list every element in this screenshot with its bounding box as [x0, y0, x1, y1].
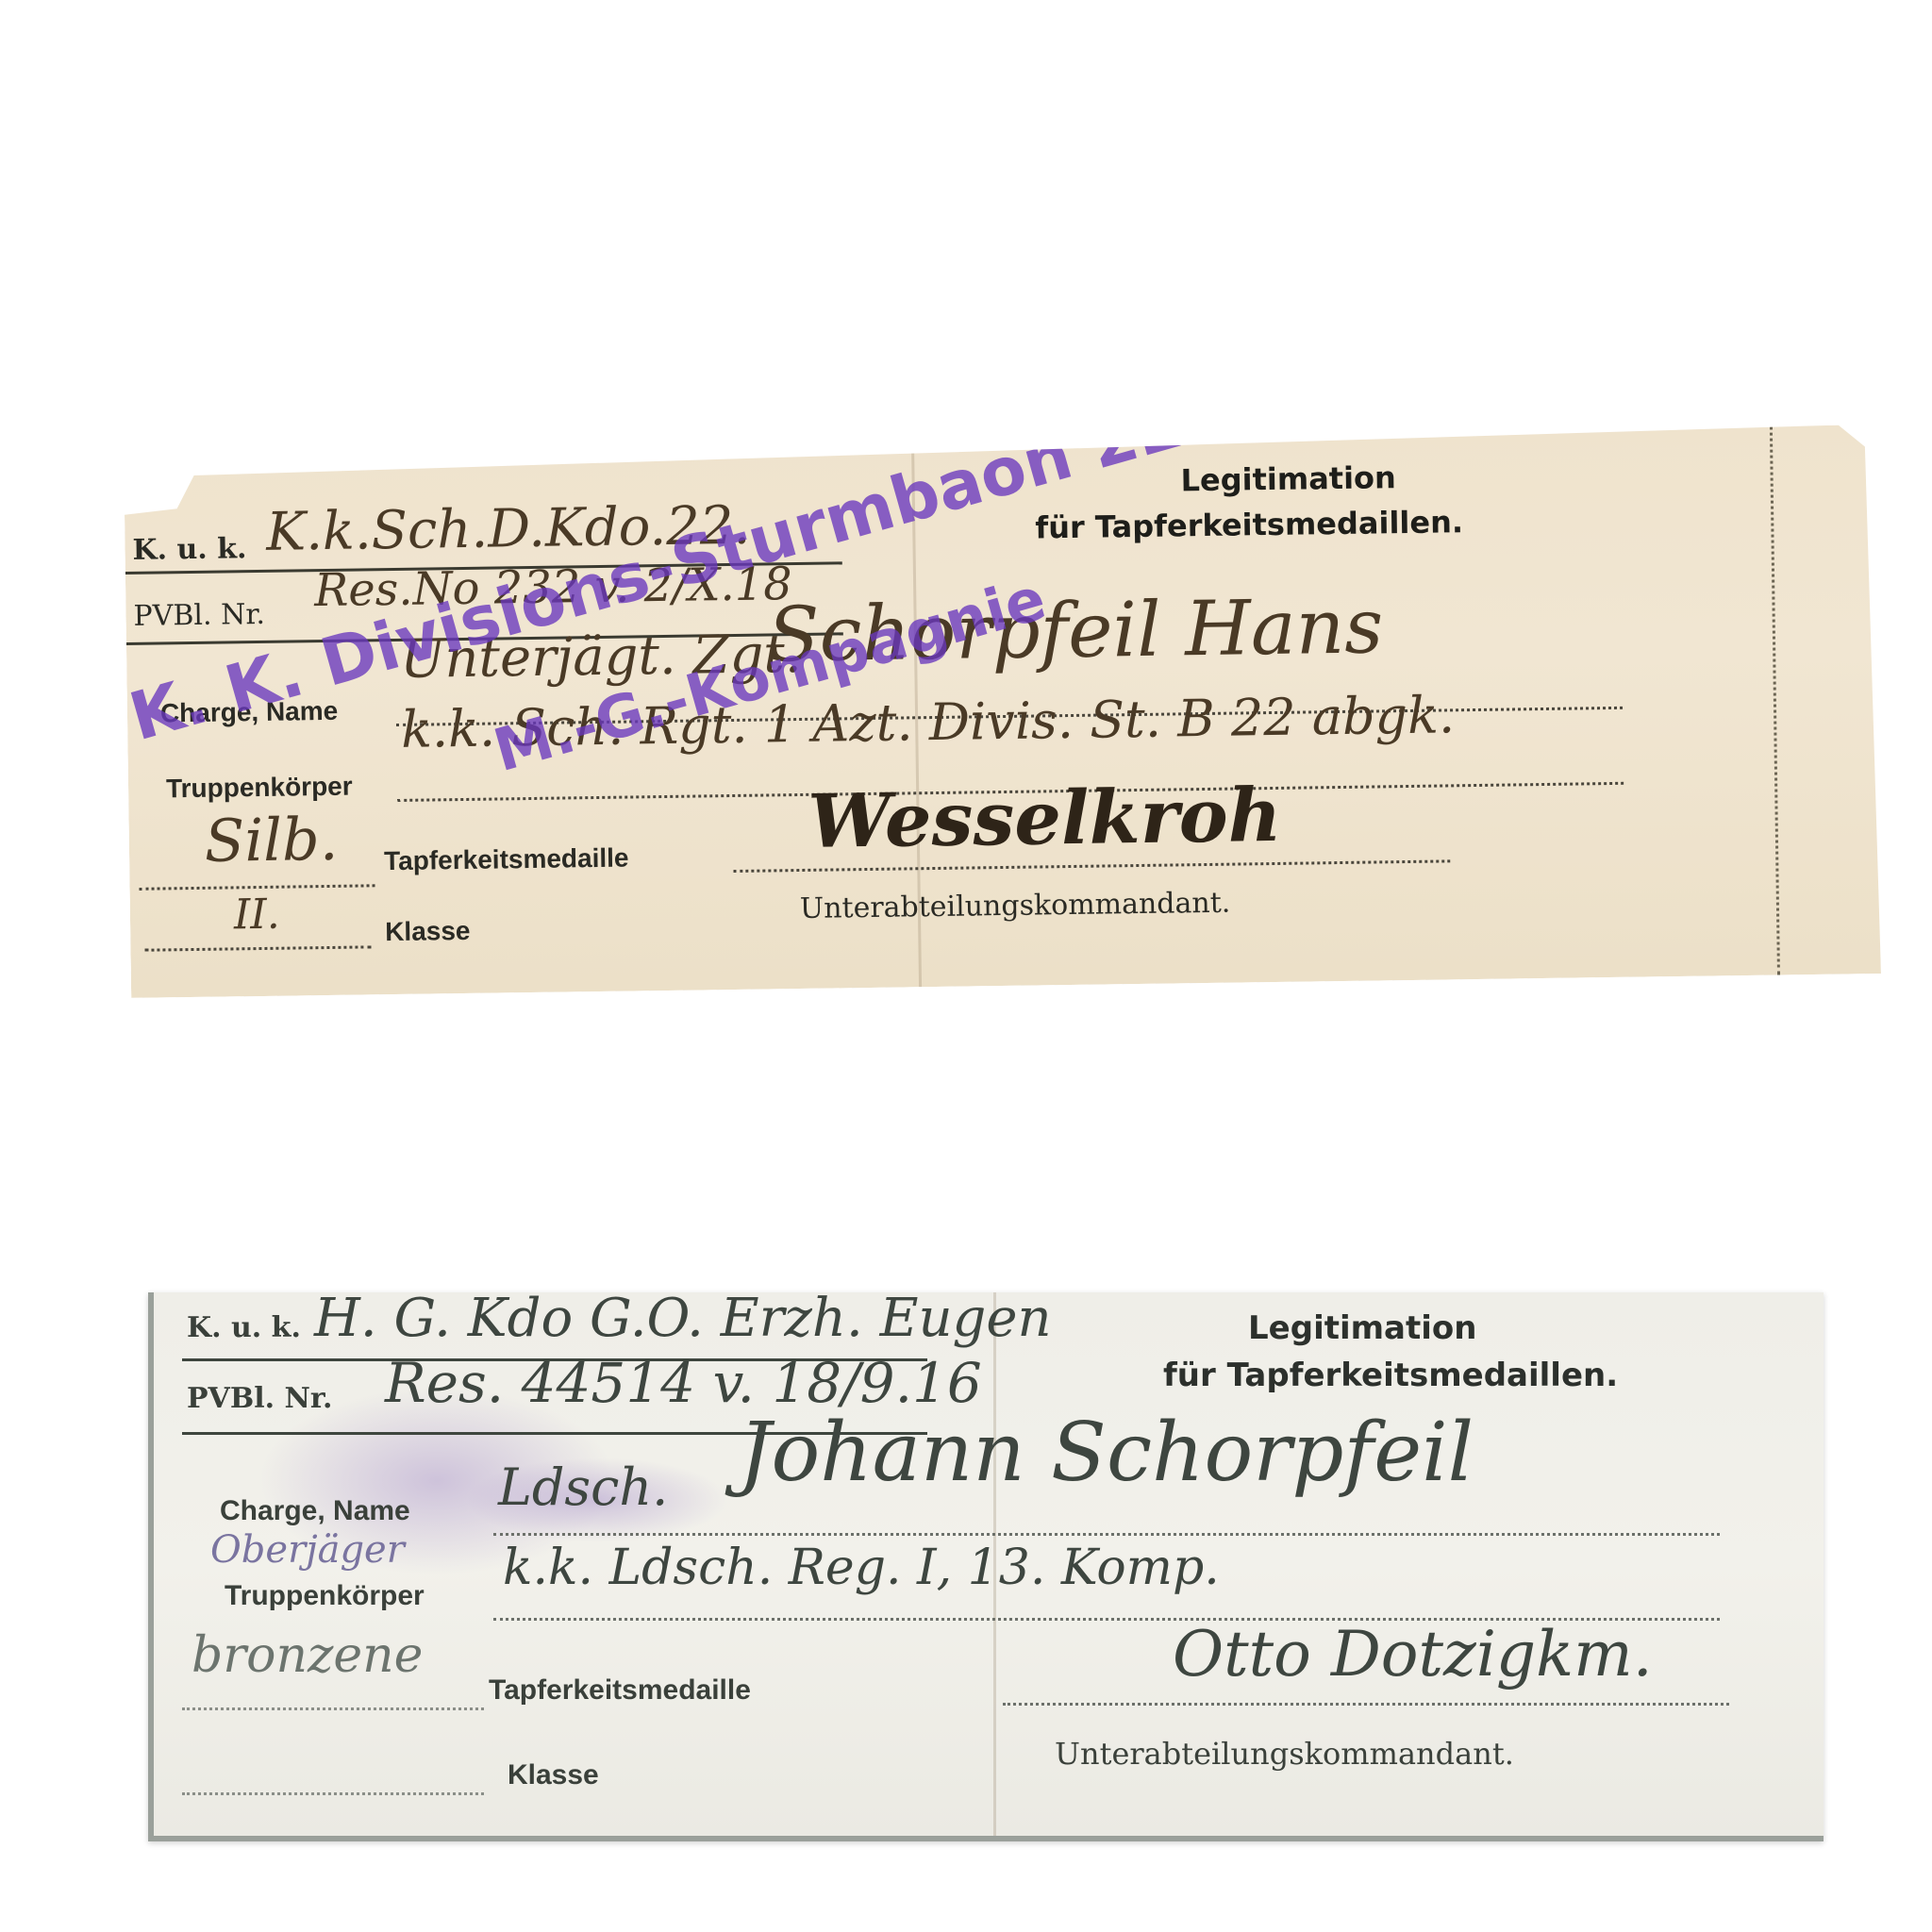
- pvbl-label: PVBl. Nr.: [133, 598, 265, 633]
- signature-dotted-line: [1003, 1703, 1729, 1706]
- commander-signature: Wesselkroh: [808, 773, 1282, 865]
- medal-dotted-line: [182, 1707, 484, 1710]
- medal-legitimation-card-top: K. u. k. K.k.Sch.D.Kdo.22. PVBl. Nr. Res…: [124, 425, 1881, 998]
- class-handwritten: II.: [234, 891, 280, 940]
- medal-type-handwritten: Silb.: [204, 805, 339, 875]
- unit-prefix-label: K. u. k.: [132, 532, 246, 567]
- medal-legitimation-card-bottom: K. u. k. H. G. Kdo G.O. Erzh. Eugen PVBl…: [148, 1292, 1824, 1841]
- unit-prefix-label: K. u. k.: [187, 1311, 301, 1344]
- class-dotted-line: [182, 1792, 484, 1795]
- commander-label: Unterabteilungskommandant.: [1055, 1736, 1514, 1772]
- class-label: Klasse: [508, 1759, 599, 1791]
- unit-handwritten: H. G. Kdo G.O. Erzh. Eugen: [314, 1288, 1052, 1349]
- class-dotted-line: [144, 945, 371, 951]
- medal-dotted-line: [140, 884, 375, 890]
- card-title-line1: Legitimation: [1180, 459, 1396, 498]
- medal-label: Tapferkeitsmedaille: [384, 843, 629, 877]
- commander-signature: Otto Dotzigkm.: [1173, 1618, 1653, 1690]
- commander-label: Unterabteilungskommandant.: [800, 887, 1231, 925]
- card-title-line2: für Tapferkeitsmedaillen.: [1163, 1357, 1618, 1394]
- pvbl-label: PVBl. Nr.: [187, 1382, 332, 1415]
- name-handwritten: Johann Schorpfeil: [739, 1406, 1474, 1500]
- medal-label: Tapferkeitsmedaille: [489, 1674, 751, 1707]
- name-dotted-line: [493, 1533, 1720, 1536]
- truppenkoerper-handwritten: k.k. Ldsch. Reg. I, 13. Komp.: [503, 1540, 1220, 1596]
- medal-type-handwritten: bronzene: [192, 1627, 423, 1684]
- truppenkoerper-label: Truppenkörper: [166, 772, 353, 805]
- rank-note-handwritten: Oberjäger: [210, 1528, 405, 1572]
- truppenkoerper-label: Truppenkörper: [225, 1580, 425, 1612]
- perforation-line: [1770, 426, 1780, 975]
- card-title-line1: Legitimation: [1248, 1309, 1476, 1347]
- card-title-line2: für Tapferkeitsmedaillen.: [1035, 504, 1463, 545]
- charge-handwritten: Ldsch.: [498, 1457, 668, 1517]
- class-label: Klasse: [385, 916, 471, 947]
- charge-name-label: Charge, Name: [220, 1495, 410, 1527]
